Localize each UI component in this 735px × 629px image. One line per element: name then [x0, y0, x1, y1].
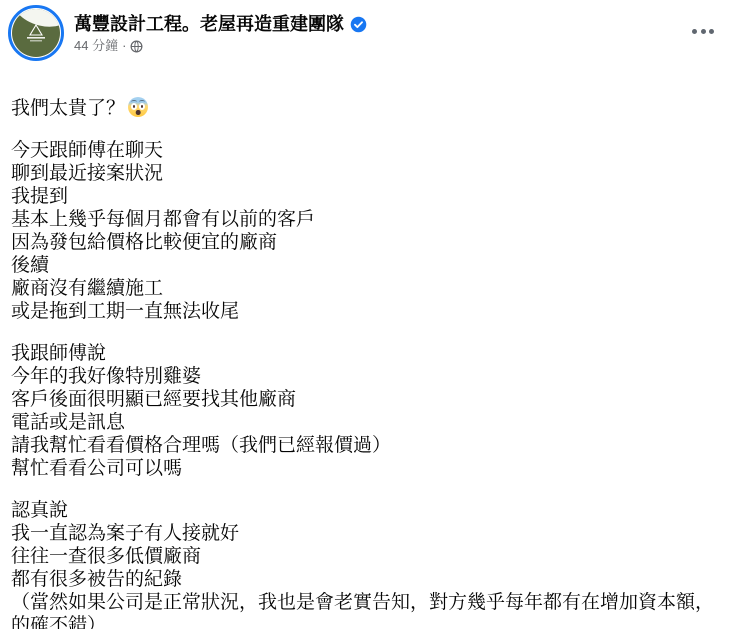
post-paragraph: 認真說 我一直認為案子有人接就好 往往一查很多低價廠商 都有很多被告的紀錄 （當… [11, 499, 724, 629]
post-intro-text: 我們太貴了？ [11, 98, 125, 119]
page-avatar[interactable] [8, 5, 64, 61]
globe-icon [130, 40, 143, 53]
post-paragraph: 我跟師傅說 今年的我好像特別雞婆 客戶後面很明顯已經要找其他廠商 電話或是訊息 … [11, 342, 724, 480]
post-intro-line: 我們太貴了？ [11, 74, 724, 120]
page-logo-icon [12, 9, 60, 57]
header-text: 萬豐設計工程。老屋再造重建團隊 44 分鐘 · [74, 5, 367, 54]
verified-badge-icon [350, 16, 367, 33]
more-options-button[interactable] [687, 17, 719, 45]
meta-separator: · [122, 38, 126, 54]
fearful-face-emoji [128, 97, 148, 117]
three-dots-icon [692, 29, 697, 34]
page-name-link[interactable]: 萬豐設計工程。老屋再造重建團隊 [74, 13, 344, 35]
post-body: 我們太貴了？ 今天跟師傅在聊天 聊到最近接案狀況 我提到 基本上幾乎每個月都會有… [0, 74, 735, 629]
post-paragraph: 今天跟師傅在聊天 聊到最近接案狀況 我提到 基本上幾乎每個月都會有以前的客戶 因… [11, 139, 724, 323]
timestamp-link[interactable]: 44 分鐘 [74, 38, 118, 54]
post-header: 萬豐設計工程。老屋再造重建團隊 44 分鐘 · [0, 0, 735, 61]
post-meta: 44 分鐘 · [74, 38, 367, 54]
mountain-emblem-icon [23, 24, 49, 44]
